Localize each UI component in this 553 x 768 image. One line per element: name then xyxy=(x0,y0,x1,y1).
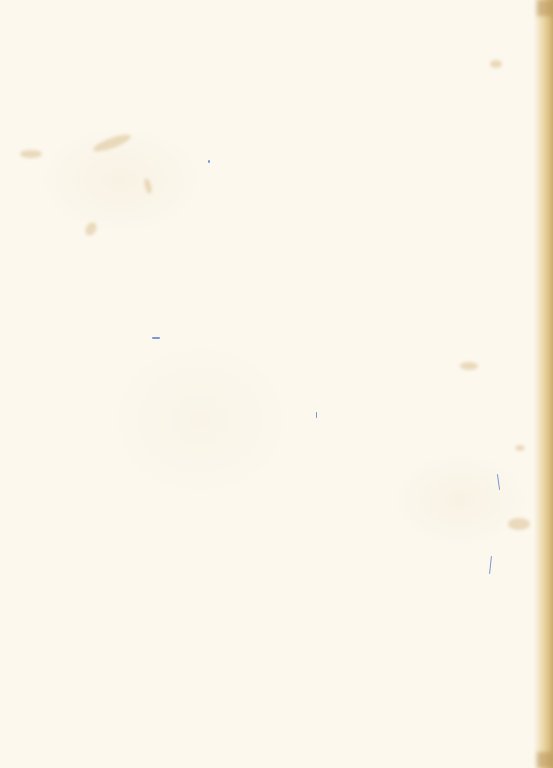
foxing-stain xyxy=(490,60,502,68)
ink-speck xyxy=(316,412,317,418)
ink-speck xyxy=(497,474,500,490)
foxing-stain xyxy=(143,177,153,194)
blank-paper-page xyxy=(0,0,553,768)
foxing-stain xyxy=(20,150,42,158)
ink-speck xyxy=(152,337,160,339)
foxing-stain xyxy=(460,362,478,370)
worn-corner xyxy=(537,752,553,768)
foxing-stain xyxy=(515,445,525,451)
yellowed-page-edge xyxy=(539,0,553,768)
foxing-stain xyxy=(83,220,99,237)
foxing-stain xyxy=(91,131,132,154)
foxing-stain xyxy=(508,518,530,530)
ink-speck xyxy=(208,160,210,163)
worn-corner xyxy=(537,0,553,16)
ink-speck xyxy=(489,556,492,574)
